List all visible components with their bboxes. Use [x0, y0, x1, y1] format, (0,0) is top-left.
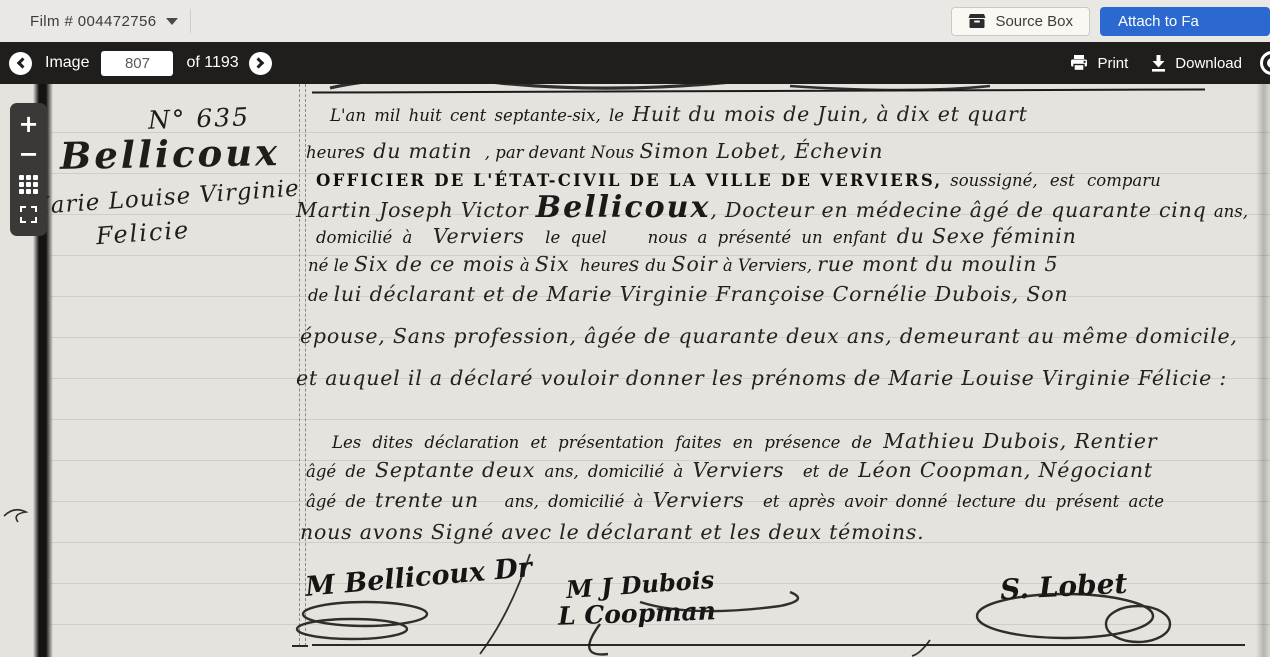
image-total-label: of 1193 [186, 54, 238, 72]
divider [190, 9, 191, 33]
act-text-segment: Septante deux [375, 458, 535, 482]
zoom-in-button[interactable]: + [15, 112, 43, 136]
margin-rule-line [299, 84, 300, 646]
act-text-segment: épouse, Sans profession, âgée de quarant… [300, 324, 1238, 348]
act-text-segment: âgé de [306, 492, 375, 511]
act-text-segment: Six [535, 252, 570, 276]
act-text-segment: ans, domicilié à [535, 462, 692, 481]
act-text-segment: heure [569, 256, 628, 275]
act-text-segment: du [640, 256, 672, 275]
signature: M Bellicoux Dr [304, 552, 533, 603]
record-surname: Bellicoux [60, 130, 281, 178]
next-image-button[interactable] [249, 52, 272, 75]
image-number-input[interactable] [101, 51, 173, 76]
fullscreen-icon [20, 206, 37, 223]
source-box-button[interactable]: Source Box [951, 7, 1090, 36]
film-selector-dropdown[interactable]: Film # 004472756 [30, 13, 178, 30]
chevron-right-icon [253, 57, 264, 68]
act-text-segment: trente un [375, 488, 486, 512]
record-separator-bottom [312, 644, 1245, 646]
act-line: Les dites déclaration et présentation fa… [332, 429, 1157, 453]
act-line: OFFICIER DE L'ÉTAT-CIVIL DE LA VILLE DE … [316, 171, 1161, 191]
act-text-segment: ans, domicilié à [486, 492, 653, 511]
signature: L Coopman [558, 596, 717, 630]
zoom-tool-panel: + − [10, 103, 47, 236]
act-line: âgé de trente un ans, domicilié à Vervie… [306, 488, 1164, 512]
act-text-segment: Soir [672, 252, 718, 276]
act-text-segment: et de [784, 462, 858, 481]
act-text-segment: à Verviers, [718, 256, 818, 275]
attach-to-family-tree-button[interactable]: Attach to Fa [1100, 7, 1270, 36]
act-line: nous avons Signé avec le déclarant et le… [300, 520, 924, 544]
act-text-segment: et après avoir donné lecture du présent … [745, 492, 1164, 511]
print-icon [1070, 54, 1089, 72]
act-text-segment: le quel nous a présenté un enfant [525, 228, 897, 247]
previous-image-button[interactable] [9, 52, 32, 75]
film-number-label: Film # 004472756 [30, 13, 156, 30]
record-separator-top [312, 88, 1205, 93]
act-text-segment: lui déclarant et de Marie Virginie Franç… [334, 282, 1069, 306]
zoom-out-button[interactable]: − [15, 142, 43, 166]
act-text-segment: s du matin [355, 139, 480, 163]
act-text-segment: L'an mil huit cent septante-six, le [330, 106, 632, 125]
act-text-segment: Verviers [693, 458, 785, 482]
act-text-segment: Les dites déclaration et présentation fa… [332, 433, 883, 452]
top-bar: Film # 004472756 Source Box Attach to Fa [0, 0, 1270, 42]
image-nav-bar: Image of 1193 Print [0, 42, 1270, 84]
act-text-segment: , Docteur en médecine âgé de quarante ci… [710, 198, 1213, 222]
act-line: domicilié à Verviers le quel nous a prés… [316, 224, 1077, 248]
act-text-segment: âgé de [306, 462, 375, 481]
download-label: Download [1175, 55, 1242, 72]
chevron-down-icon [166, 18, 178, 25]
act-text-segment: , par devant Nous [480, 143, 640, 162]
act-text-segment: de [308, 286, 334, 305]
image-label: Image [45, 54, 89, 72]
act-text-segment: né le [308, 256, 354, 275]
chevron-left-icon [16, 57, 27, 68]
act-text-segment: Huit du mois de Juin, à dix et quart [632, 102, 1027, 126]
act-text-segment: du Sexe féminin [897, 224, 1077, 248]
minus-icon: − [18, 144, 38, 164]
act-line: de lui déclarant et de Marie Virginie Fr… [308, 282, 1068, 306]
grid-icon [19, 175, 38, 194]
act-line: né le Six de ce mois à Six heures du Soi… [308, 252, 1058, 276]
act-text-segment: Six de ce mois [354, 252, 515, 276]
record-given-names: Marie Louise Virginie [25, 175, 300, 220]
act-text-segment: Mathieu Dubois, Rentier [883, 429, 1157, 453]
source-box-label: Source Box [995, 13, 1073, 30]
act-line: L'an mil huit cent septante-six, le Huit… [330, 102, 1028, 126]
download-icon [1150, 54, 1167, 72]
tools-icon[interactable] [1260, 51, 1270, 75]
print-button[interactable]: Print [1070, 54, 1128, 72]
act-text-segment: heure [306, 143, 355, 162]
act-text-segment: Bellicoux [536, 190, 711, 225]
top-bar-actions: Source Box Attach to Fa [951, 7, 1270, 36]
act-line: heures du matin , par devant Nous Simon … [306, 139, 883, 163]
act-text-segment: ans, [1214, 202, 1248, 221]
page-edge-shadow [1256, 84, 1270, 657]
act-line: épouse, Sans profession, âgée de quarant… [300, 324, 1238, 348]
act-text-segment: domicilié à [316, 228, 433, 247]
print-label: Print [1097, 55, 1128, 72]
act-line: âgé de Septante deux ans, domicilié à Ve… [306, 458, 1153, 482]
record-given-names: Felicie [95, 216, 191, 251]
act-text-segment: Martin Joseph Victor [296, 198, 536, 222]
act-text-segment: rue mont du moulin 5 [817, 252, 1058, 276]
image-nav-actions: Print Download [1070, 51, 1270, 75]
act-text-segment: à [515, 256, 535, 275]
act-text-segment: Simon Lobet, Échevin [640, 139, 884, 163]
act-text-segment: s [629, 252, 640, 276]
document-image-canvas[interactable]: N° 635 Bellicoux Marie Louise Virginie F… [0, 84, 1270, 657]
fullscreen-button[interactable] [15, 203, 43, 227]
act-text-segment: Verviers [433, 224, 525, 248]
plus-icon: + [18, 114, 38, 134]
download-button[interactable]: Download [1150, 54, 1242, 72]
act-text-segment: Verviers [653, 488, 745, 512]
record-separator-dash [292, 645, 308, 647]
thumbnail-grid-button[interactable] [15, 173, 43, 197]
margin-rule-line [305, 84, 306, 646]
film-viewer-page: Film # 004472756 Source Box Attach to Fa… [0, 0, 1270, 657]
act-text-segment: Léon Coopman, Négociant [858, 458, 1153, 482]
signature: S. Lobet [999, 567, 1128, 607]
act-line: Martin Joseph Victor Bellicoux, Docteur … [296, 190, 1248, 225]
source-box-icon [968, 13, 986, 29]
act-text-segment: OFFICIER DE L'ÉTAT-CIVIL DE LA VILLE DE … [316, 171, 950, 190]
act-text-segment: et auquel il a déclaré vouloir donner le… [296, 366, 1227, 390]
act-text-segment: nous avons Signé avec le déclarant et le… [300, 520, 924, 544]
act-line: et auquel il a déclaré vouloir donner le… [296, 366, 1227, 390]
act-text-segment: soussigné, est comparu [950, 171, 1161, 190]
